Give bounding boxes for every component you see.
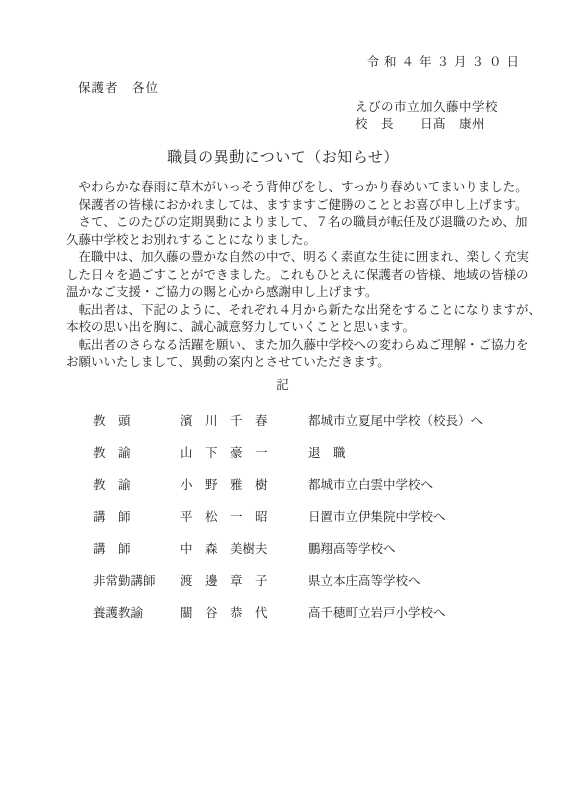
notice-document-page: 令和４年３月３０日 保護者 各位 えびの市立加久藤中学校 校 長 日髙 康州 職… xyxy=(0,0,566,800)
transfer-row: 教 頭濱 川 千 春都城市立夏尾中学校（校長）へ xyxy=(93,405,566,437)
destination: 日置市立伊集院中学校へ xyxy=(308,501,446,533)
transfer-row: 非常勤講師渡 邊 章 子県立本庄高等学校へ xyxy=(93,565,566,597)
transfer-row: 教 諭山 下 豪 一退 職 xyxy=(93,437,566,469)
addressee: 保護者 各位 xyxy=(78,78,566,96)
body-line: 久藤中学校とお別れすることになりました。 xyxy=(66,232,566,250)
transfer-row: 講 師中 森 美樹夫鵬翔高等学校へ xyxy=(93,533,566,565)
person-name: 渡 邊 章 子 xyxy=(180,565,308,597)
sender-principal: 校 長 日髙 康州 xyxy=(355,116,566,133)
position-title: 教 諭 xyxy=(93,437,180,469)
body-line: 本校の思い出を胸に、誠心誠意努力していくことと思います。 xyxy=(66,319,566,337)
transfer-roster: 教 頭濱 川 千 春都城市立夏尾中学校（校長）へ 教 諭山 下 豪 一退 職 教… xyxy=(0,405,566,629)
transfer-row: 養護教諭關 谷 恭 代高千穂町立岩戸小学校へ xyxy=(93,597,566,629)
body-paragraphs: やわらかな春雨に草木がいっそう背伸びをし、すっかり春めいてまいりました。 保護者… xyxy=(66,179,566,372)
destination: 高千穂町立岩戸小学校へ xyxy=(308,597,446,629)
person-name: 中 森 美樹夫 xyxy=(180,533,308,565)
destination: 都城市立夏尾中学校（校長）へ xyxy=(308,405,483,437)
body-line: やわらかな春雨に草木がいっそう背伸びをし、すっかり春めいてまいりました。 xyxy=(66,179,566,197)
body-line: した日々を過ごすことができました。これもひとえに保護者の皆様、地域の皆様の xyxy=(66,267,566,285)
position-title: 非常勤講師 xyxy=(93,565,180,597)
position-title: 講 師 xyxy=(93,533,180,565)
position-title: 講 師 xyxy=(93,501,180,533)
person-name: 關 谷 恭 代 xyxy=(180,597,308,629)
body-line: 転出者は、下記のように、それぞれ４月から新たな出発をすることになりますが、 xyxy=(66,302,566,320)
transfer-row: 講 師平 松 一 昭日置市立伊集院中学校へ xyxy=(93,501,566,533)
destination: 鵬翔高等学校へ xyxy=(308,533,396,565)
transfer-row: 教 諭小 野 雅 樹都城市立白雲中学校へ xyxy=(93,469,566,501)
destination: 都城市立白雲中学校へ xyxy=(308,469,433,501)
position-title: 教 頭 xyxy=(93,405,180,437)
body-line: さて、このたびの定期異動によりまして、７名の職員が転任及び退職のため、加 xyxy=(66,214,566,232)
document-date: 令和４年３月３０日 xyxy=(0,0,566,70)
person-name: 小 野 雅 樹 xyxy=(180,469,308,501)
position-title: 養護教諭 xyxy=(93,597,180,629)
list-marker-ki: 記 xyxy=(0,375,566,393)
person-name: 濱 川 千 春 xyxy=(180,405,308,437)
body-line: 転出者のさらなる活躍を願い、また加久藤中学校への変わらぬご理解・ご協力を xyxy=(66,337,566,355)
destination: 県立本庄高等学校へ xyxy=(308,565,421,597)
body-line: お願いいたしまして、異動の案内とさせていただきます。 xyxy=(66,354,566,372)
sender-block: えびの市立加久藤中学校 校 長 日髙 康州 xyxy=(355,99,566,133)
sender-school: えびの市立加久藤中学校 xyxy=(355,99,566,116)
document-title: 職員の異動について（お知らせ） xyxy=(0,146,566,167)
body-line: 保護者の皆様におかれましては、ますますご健勝のこととお喜び申し上げます。 xyxy=(66,197,566,215)
person-name: 平 松 一 昭 xyxy=(180,501,308,533)
person-name: 山 下 豪 一 xyxy=(180,437,308,469)
position-title: 教 諭 xyxy=(93,469,180,501)
destination: 退 職 xyxy=(308,437,346,469)
body-line: 在職中は、加久藤の豊かな自然の中で、明るく素直な生徒に囲まれ、楽しく充実 xyxy=(66,249,566,267)
body-line: 温かなご支援・ご協力の賜と心から感謝申し上げます。 xyxy=(66,284,566,302)
